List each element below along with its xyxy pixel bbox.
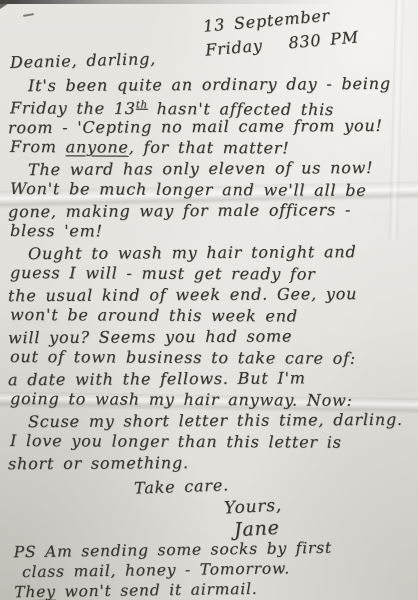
ps-line-3: They won't send it airmail. (14, 578, 332, 600)
body-line-7: gone, making way for male officers - (8, 199, 403, 222)
line-text: Friday the 13 (10, 98, 136, 118)
line-text: the usual kind of week end. Gee, you (8, 284, 357, 305)
closing: Take care. (134, 475, 230, 497)
line-text: won't be around this week end (10, 305, 298, 326)
body-line-9: Ought to wash my hair tonight and (8, 241, 403, 264)
postscript: PS Am sending some socks by first class … (14, 538, 333, 600)
body-line-5: The ward has only eleven of us now! (8, 157, 403, 180)
body-line-13: will you? Seems you had some (8, 325, 403, 348)
torn-corner-mark (0, 0, 14, 9)
line-text: Scuse my short letter this time, darling… (28, 410, 403, 431)
body-line-1: It's been quite an ordinary day - being (8, 73, 403, 96)
line-text: going to wash my hair anyway. Now: (10, 389, 353, 410)
line-text: room - 'Cepting no mail came from you! (8, 116, 383, 137)
line-text: The ward has only eleven of us now! (28, 158, 373, 179)
superscript-th: th (136, 100, 148, 111)
line-text: , for that matter! (129, 138, 290, 158)
body-line-2: Friday the 13th hasn't affected this (10, 94, 405, 117)
body-line-12: won't be around this week end (10, 304, 405, 327)
body-line-18: I love you longer than this letter is (10, 430, 405, 453)
letter-photo: 13 September Friday830 PM Deanie, darlin… (0, 0, 418, 600)
body-line-8: bless 'em! (10, 220, 405, 243)
body-line-10: guess I will - must get ready for (10, 262, 405, 285)
line-text: guess I will - must get ready for (10, 263, 316, 284)
line-text: It's been quite an ordinary day - being (28, 74, 391, 95)
date-block: 13 September Friday830 PM (202, 1, 360, 62)
line-text: Ought to wash my hair tonight and (28, 242, 357, 263)
line-text: out of town business to take care of: (10, 347, 356, 368)
body-line-19: short or something. (8, 451, 403, 474)
line-text: gone, making way for male officers - (8, 200, 351, 221)
time-text: 830 PM (287, 25, 359, 55)
line-text: won't send it airmail. (56, 580, 258, 600)
letter-body: It's been quite an ordinary day - being … (8, 74, 403, 473)
pencil-mark (23, 13, 34, 17)
line-text: a date with the fellows. But I'm (8, 368, 306, 389)
line-text: I love you longer than this letter is (10, 431, 342, 452)
underlined-word: anyone (66, 137, 129, 156)
line-text: will you? Seems you had some (8, 326, 292, 347)
line-text: Won't be much longer and we'll all be (10, 179, 367, 200)
signoff: Yours, (224, 495, 283, 518)
underlined-word: They (14, 583, 56, 600)
body-line-17: Scuse my short letter this time, darling… (8, 409, 403, 432)
salutation: Deanie, darling, (10, 49, 156, 72)
body-line-3: room - 'Cepting no mail came from you! (8, 115, 403, 138)
body-line-6: Won't be much longer and we'll all be (10, 178, 405, 201)
line-text: bless 'em! (10, 221, 103, 240)
day-text: Friday (204, 36, 263, 60)
body-line-14: out of town business to take care of: (10, 346, 405, 369)
body-line-4: From anyone, for that matter! (10, 136, 405, 159)
body-line-16: going to wash my hair anyway. Now: (10, 388, 405, 411)
body-line-15: a date with the fellows. But I'm (8, 367, 403, 390)
signature: Jane (233, 517, 280, 541)
line-text: From (10, 137, 66, 156)
line-text: class mail, honey - Tomorrow. (22, 559, 290, 581)
line-text: short or something. (8, 453, 189, 473)
body-line-11: the usual kind of week end. Gee, you (8, 283, 403, 306)
